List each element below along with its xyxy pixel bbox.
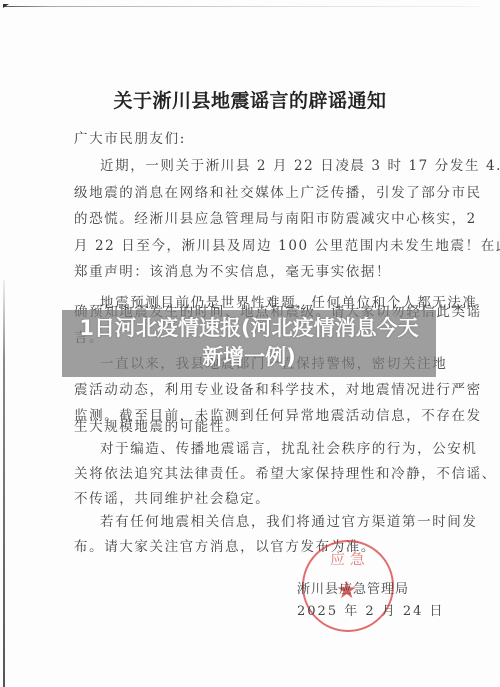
signature-date: 2025 年 2 月 24 日 (297, 600, 445, 619)
page-left-edge (3, 280, 5, 687)
body-line: 对于编造、传播地震谣言，扰乱社会秩序的行为，公安机 (100, 437, 478, 457)
salutation: 广大市民朋友们: (74, 127, 186, 147)
headline-line-1: 1日河北疫情速报(河北疫情消息今天 (62, 314, 436, 343)
page-top-edge (4, 6, 480, 7)
body-line: 的恐慌。经淅川县应急管理局与南阳市防震减灾中心核实，2 (74, 207, 477, 227)
body-line: 生大规模地震的可能性。 (74, 415, 240, 435)
body-line: 月 22 日至今，淅川县及周边 100 公里范围内未发生地震！在此， (74, 234, 500, 254)
signature-organization: 淅川县应急管理局 (297, 578, 409, 597)
body-line: 级地震的消息在网络和社交媒体上广泛传播，引发了部分市民 (74, 181, 482, 201)
body-line: 若有任何地震相关信息，我们将通过官方渠道第一时间发 (100, 510, 478, 530)
body-line: 不传谣，共同维护社会稳定。 (74, 487, 270, 507)
body-line: 震活动动态，利用专业设备和科学技术，对地震情况进行严密 (74, 378, 482, 398)
headline-line-2: 新增一例) (62, 343, 436, 372)
body-line: 关将依法追究其法律责任。希望大家保持理性和冷静，不信谣、 (74, 462, 497, 482)
body-line: 郑重声明：该消息为不实信息，毫无事实依据！ (74, 260, 391, 280)
seal-text: 应 急 (330, 548, 365, 569)
body-line: 近期，一则关于淅川县 2 月 22 日凌晨 3 时 17 分发生 4.3 (100, 154, 500, 174)
document-title: 关于淅川县地震谣言的辟谣通知 (0, 86, 500, 113)
headline-text: 1日河北疫情速报(河北疫情消息今天 新增一例) (62, 314, 436, 372)
